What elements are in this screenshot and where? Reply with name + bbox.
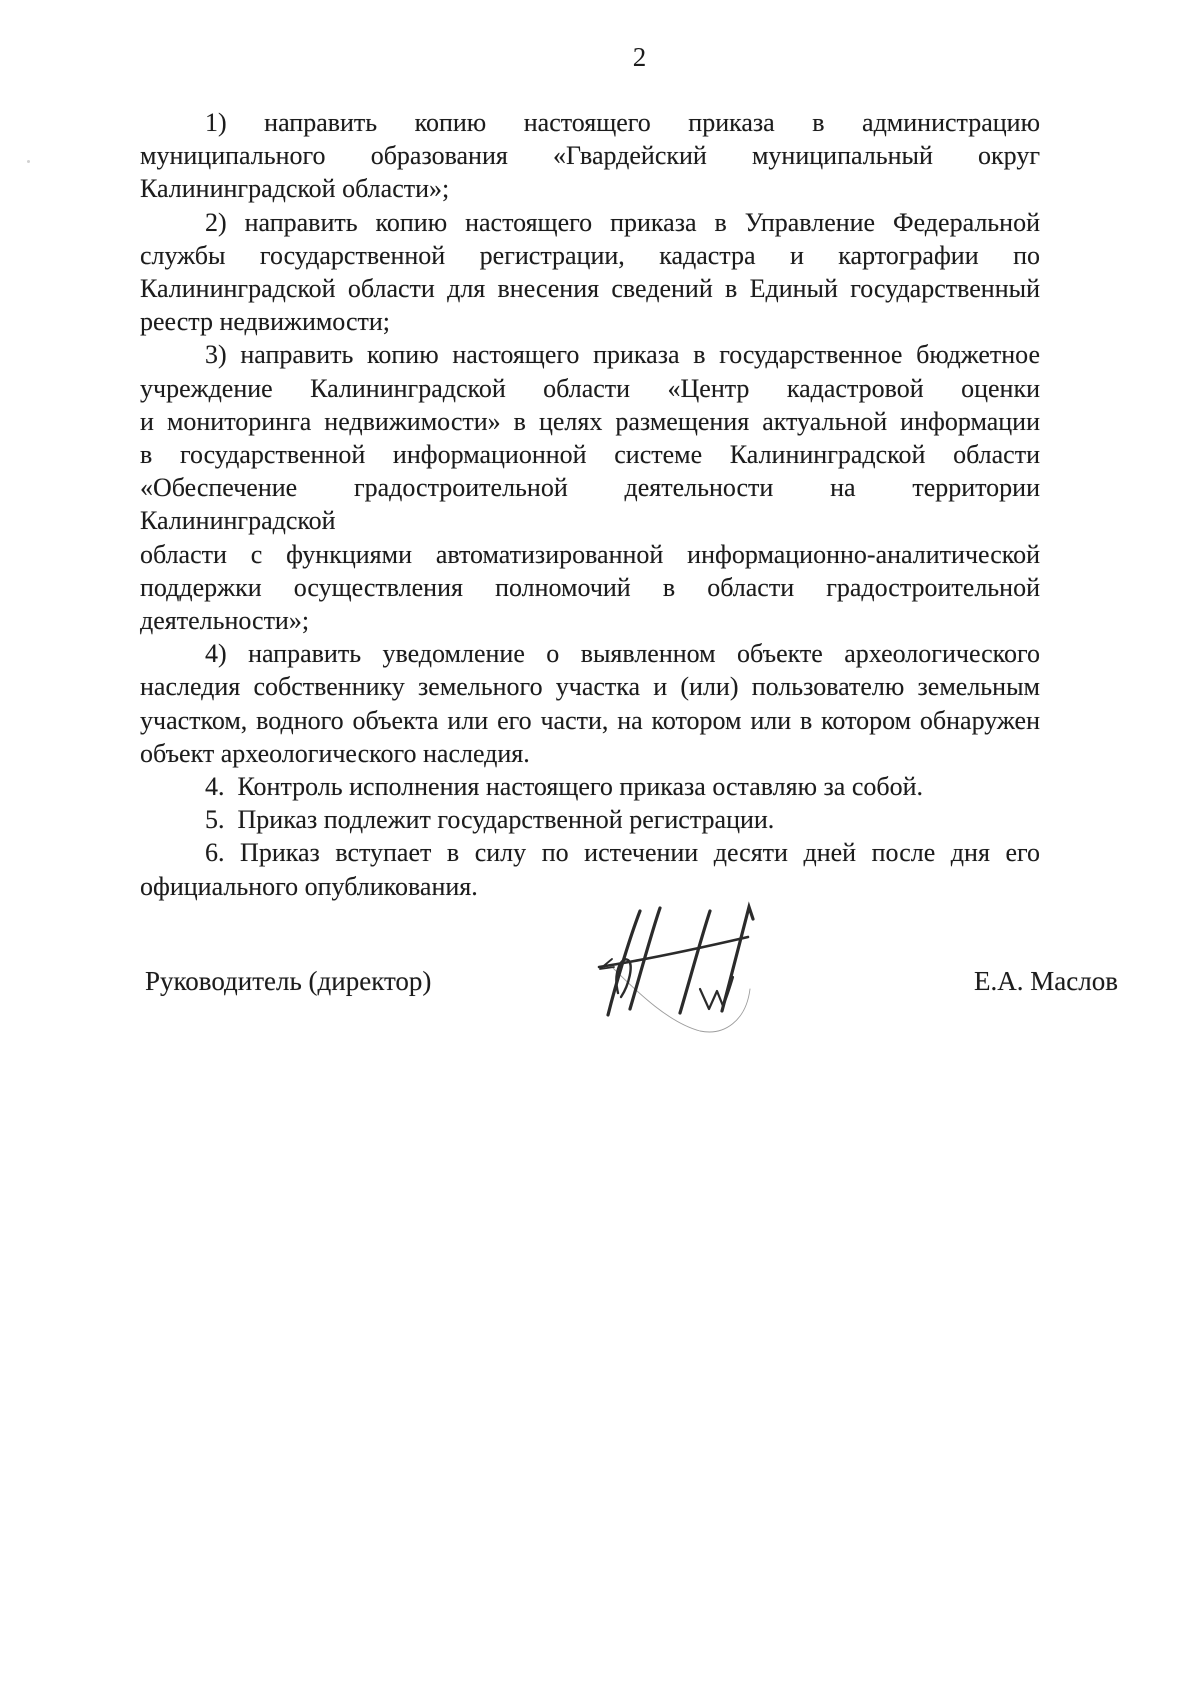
- signature-name: Е.А. Маслов: [974, 966, 1118, 997]
- paragraph-7: 6. Приказ вступает в силу по истечении д…: [140, 836, 1040, 902]
- p5-line-1: 4. Контроль исполнения настоящего приказ…: [140, 770, 1040, 803]
- p2-line-2: службы государственной регистрации, када…: [140, 239, 1040, 272]
- paragraph-5: 4. Контроль исполнения настоящего приказ…: [140, 770, 1040, 803]
- signature-title: Руководитель (директор): [145, 966, 431, 997]
- p7-line-2: официального опубликования.: [140, 870, 1040, 903]
- p4-line-1: 4) направить уведомление о выявленном об…: [140, 637, 1040, 670]
- p4-line-3: участком, водного объекта или его части,…: [140, 704, 1040, 737]
- p1-line-3: Калининградской области»;: [140, 172, 1040, 205]
- p3-line-7: поддержки осуществления полномочий в обл…: [140, 571, 1040, 604]
- p6-line-1: 5. Приказ подлежит государственной регис…: [140, 803, 1040, 836]
- p3-line-5: «Обеспечение градостроительной деятельно…: [140, 471, 1040, 537]
- p1-line-2: муниципального образования «Гвардейский …: [140, 139, 1040, 172]
- p3-line-2: учреждение Калининградской области «Цент…: [140, 372, 1040, 405]
- page-number: 2: [80, 42, 1200, 73]
- p3-line-4: в государственной информационной системе…: [140, 438, 1040, 471]
- document-page: 2 1) направить копию настоящего приказа …: [0, 0, 1200, 1697]
- p4-line-2: наследия собственнику земельного участка…: [140, 670, 1040, 703]
- scan-artifact-speck: [27, 160, 30, 163]
- paragraph-2: 2) направить копию настоящего приказа в …: [140, 206, 1040, 339]
- p3-line-1: 3) направить копию настоящего приказа в …: [140, 338, 1040, 371]
- paragraph-4: 4) направить уведомление о выявленном об…: [140, 637, 1040, 770]
- p3-line-8: деятельности»;: [140, 604, 1040, 637]
- paragraph-6: 5. Приказ подлежит государственной регис…: [140, 803, 1040, 836]
- p3-line-6: области с функциями автоматизированной и…: [140, 538, 1040, 571]
- p2-line-3: Калининградской области для внесения све…: [140, 272, 1040, 305]
- p2-line-4: реестр недвижимости;: [140, 305, 1040, 338]
- p4-line-4: объект археологического наследия.: [140, 737, 1040, 770]
- p1-line-1: 1) направить копию настоящего приказа в …: [140, 106, 1040, 139]
- p2-line-1: 2) направить копию настоящего приказа в …: [140, 206, 1040, 239]
- document-body: 1) направить копию настоящего приказа в …: [140, 106, 1040, 903]
- p7-line-1: 6. Приказ вступает в силу по истечении д…: [140, 836, 1040, 869]
- paragraph-1: 1) направить копию настоящего приказа в …: [140, 106, 1040, 206]
- handwritten-signature-icon: [596, 901, 756, 1046]
- p3-line-3: и мониторинга недвижимости» в целях разм…: [140, 405, 1040, 438]
- paragraph-3: 3) направить копию настоящего приказа в …: [140, 338, 1040, 637]
